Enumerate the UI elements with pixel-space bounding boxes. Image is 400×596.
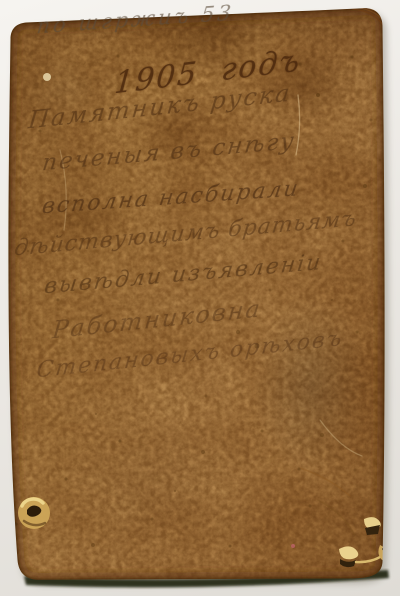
paper-texture-layer bbox=[0, 0, 400, 596]
photo-card-back bbox=[0, 0, 400, 596]
scanned-photo-back: по шгржиъ 53 1905 годъ Памятникъ руска п… bbox=[0, 0, 400, 596]
paper-grain bbox=[0, 0, 400, 596]
